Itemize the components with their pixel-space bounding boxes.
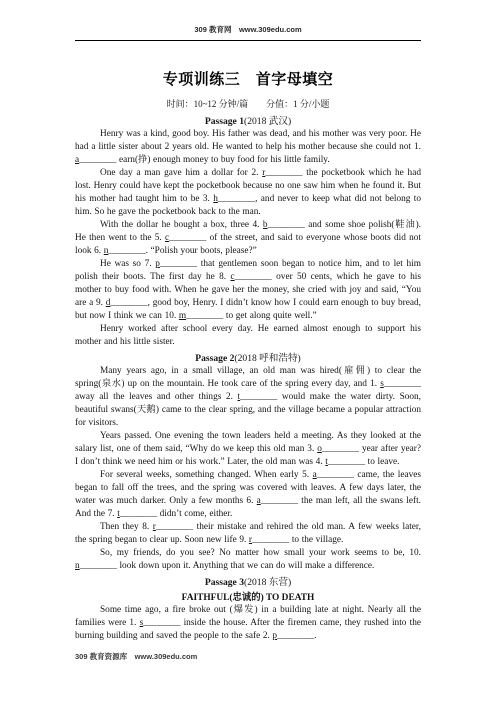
- worksheet-page: 309 教育网 www.309edu.com 专项训练三 首字母填空 时间：10…: [0, 0, 496, 702]
- fill-blank: ________: [261, 496, 298, 506]
- passage-source: (2018 武汉): [244, 116, 291, 127]
- header-site-text: 309 教育网 www.309edu.com: [194, 25, 301, 34]
- passage-paragraph: For several weeks, something changed. Wh…: [75, 469, 421, 521]
- passage-label: Passage 1: [205, 116, 244, 127]
- fill-blank: ________: [186, 311, 223, 321]
- fill-blank: ________: [235, 272, 272, 282]
- fill-blank: ________: [79, 155, 116, 165]
- passage-paragraph: Some time ago, a fire broke out (爆发) in …: [75, 604, 421, 643]
- passage-paragraph: Henry worked after school every day. He …: [75, 323, 421, 349]
- passage-paragraph: With the dollar he bought a box, three 4…: [75, 219, 421, 258]
- fill-blank: ________: [268, 220, 305, 230]
- passage-source: (2018 呼和浩特): [234, 353, 300, 364]
- passage-heading: Passage 2(2018 呼和浩特): [75, 350, 421, 364]
- passage-list: Passage 1(2018 武汉)Henry was a kind, good…: [75, 113, 421, 643]
- passage-paragraph: Then they 8. r________ their mistake and…: [75, 521, 421, 547]
- fill-blank: ________: [143, 618, 180, 628]
- passage-paragraph: Many years ago, in a small village, an o…: [75, 365, 421, 430]
- fill-blank: ________: [240, 392, 277, 402]
- fill-blank: ________: [110, 298, 147, 308]
- passage-paragraph: Years passed. One evening the town leade…: [75, 430, 421, 469]
- passage-subtitle: FAITHFUL(忠诚的) TO DEATH: [75, 589, 421, 603]
- fill-blank: ________: [120, 509, 157, 519]
- passage-heading: Passage 1(2018 武汉): [75, 113, 421, 127]
- footer-site-text: 309 教育资源库 www.309edu.com: [75, 652, 197, 661]
- fill-blank: ________: [156, 522, 193, 532]
- fill-blank: ________: [328, 457, 365, 467]
- blank-letter: m: [179, 311, 186, 321]
- fill-blank: ________: [277, 631, 314, 641]
- fill-blank: ________: [108, 246, 145, 256]
- fill-blank: ________: [80, 561, 117, 571]
- exam-meta: 时间：10~12 分钟/篇 分值：1 分/小题: [75, 97, 421, 110]
- passage-label: Passage 3: [205, 577, 244, 588]
- fill-blank: ________: [160, 259, 197, 269]
- fill-blank: ________: [322, 444, 359, 454]
- passage-heading: Passage 3(2018 东营): [75, 574, 421, 588]
- passage-source: (2018 东营): [244, 577, 291, 588]
- passage-paragraph: He was so 7. p________ that gentlemen so…: [75, 258, 421, 323]
- passage-paragraph: So, my friends, do you see? No matter ho…: [75, 547, 421, 573]
- page-footer: 309 教育资源库 www.309edu.com: [75, 651, 197, 662]
- passage-paragraph: Henry was a kind, good boy. His father w…: [75, 128, 421, 167]
- page-header: 309 教育网 www.309edu.com: [75, 24, 421, 41]
- fill-blank: ________: [252, 535, 289, 545]
- fill-blank: ________: [384, 379, 421, 389]
- fill-blank: ________: [218, 194, 255, 204]
- fill-blank: ________: [169, 233, 206, 243]
- fill-blank: ________: [317, 470, 354, 480]
- page-title: 专项训练三 首字母填空: [75, 68, 421, 89]
- fill-blank: ________: [265, 168, 302, 178]
- passage-paragraph: One day a man gave him a dollar for 2. r…: [75, 167, 421, 219]
- passage-label: Passage 2: [195, 353, 234, 364]
